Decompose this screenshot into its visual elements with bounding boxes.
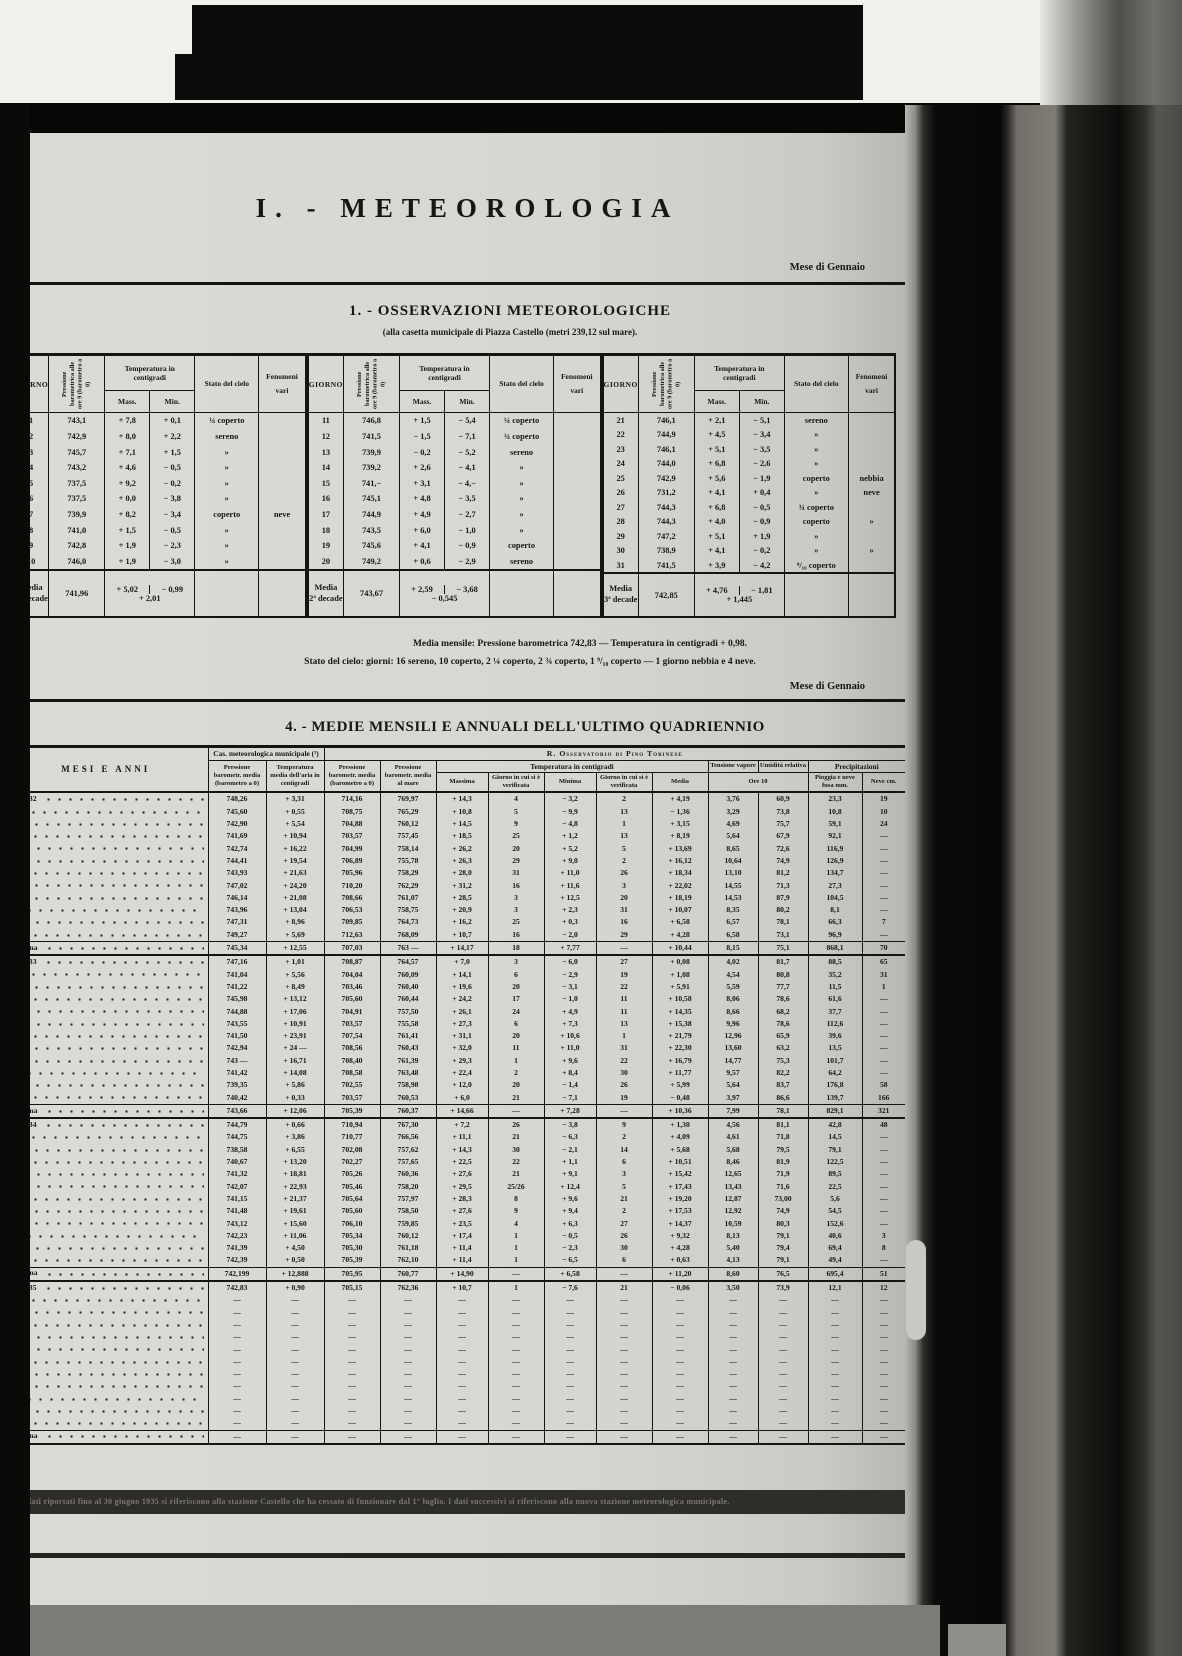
value-cell: — [324,1307,380,1319]
month-cell-inner: Novembre [4,1243,208,1254]
month-cell: Agosto [3,1205,208,1217]
min-cell: − 2,9 [445,553,490,570]
value-cell: 75,1 [758,942,808,956]
value-cell: 31 [862,969,906,981]
month-row: Ottobre743,96+ 13,04706,53758,75+ 20,93+… [3,904,906,916]
value-cell: — [436,1344,488,1356]
value-cell: — [862,1254,906,1267]
media-temp-extremes: + 4,76− 1,81 [695,586,784,595]
phenomena-cell [259,538,306,554]
day-row: 17744,9+ 4,9− 2,7» [308,507,601,523]
pressure-cell: 743,2 [49,460,105,476]
media-label-line2: 3ª decade [604,595,638,606]
value-cell: 705,60 [324,1205,380,1217]
giorno-header: GIORNO [308,355,344,413]
day-cell: 17 [308,507,344,523]
value-cell: 708,87 [324,955,380,968]
mass-header: Mass. [694,391,739,413]
sky-cell: » [490,507,554,523]
value-cell: 75,7 [758,818,808,830]
document-page: I. - METEOROLOGIA rda 1 Mese di Gennaio … [30,133,905,1605]
value-cell: — [708,1417,758,1430]
value-cell: + 5,86 [266,1079,324,1091]
value-cell: 743,96 [208,904,266,916]
value-cell: 745,34 [208,942,266,956]
value-cell: — [266,1294,324,1306]
value-cell: − 2,1 [544,1144,596,1156]
max-cell: + 1,9 [105,553,150,570]
dot-leader [43,1122,204,1129]
footnote-bar: (¹) I dati riportati fino al 30 giugno 1… [0,1490,905,1514]
value-cell: 116,9 [808,843,862,855]
dot-leader [22,1008,203,1015]
value-cell: + 1,1 [544,1156,596,1168]
value-cell: — [862,1042,906,1054]
phenomena-cell [848,428,895,442]
value-cell: 757,97 [380,1193,436,1205]
value-cell: — [862,1294,906,1306]
value-cell: + 29,5 [436,1181,488,1193]
value-cell: 16 [596,916,652,928]
value-cell: 4,69 [708,818,758,830]
value-cell: + 32,0 [436,1042,488,1054]
value-cell: 704,91 [324,1006,380,1018]
dot-leader [28,971,204,978]
value-cell: 758,98 [380,1079,436,1091]
value-cell: 80,8 [758,969,808,981]
month-cell: Gennaio 1934 [3,1118,208,1131]
value-cell: + 9,1 [544,1168,596,1180]
value-cell: 1 [488,1230,544,1242]
value-cell: 1 [488,1281,544,1294]
value-cell: 4 [488,1218,544,1230]
media-max: + 4,76 [695,586,739,595]
value-cell: — [324,1405,380,1417]
month-row: Novembre739,35+ 5,86702,55758,98+ 12,020… [3,1079,906,1091]
fenomeni-header: Fenomeni vari [554,355,601,413]
value-cell: — [544,1294,596,1306]
scan-artifact-notch [148,5,192,54]
value-cell: 2 [596,1131,652,1143]
max-cell: + 4,0 [694,514,739,528]
value-cell: — [808,1356,862,1368]
value-cell: — [266,1319,324,1331]
dot-leader [44,1270,204,1277]
day-row: 4743,2+ 4,6− 0,5» [13,460,306,476]
value-cell: — [208,1380,266,1392]
dot-leader [30,1257,204,1264]
value-cell: — [708,1319,758,1331]
day-row: 9742,8+ 1,9− 2,3» [13,538,306,554]
month-cell-inner: Marzo [4,982,208,993]
value-cell: — [708,1294,758,1306]
pressure-cell: 744,9 [344,507,400,523]
header-row: GIORNOPressione barometrica alle ore 9 (… [308,355,601,391]
media-label-line1: Media [309,583,343,594]
sky-cell: » [490,460,554,476]
month-cell-inner: Novembre [4,1406,208,1417]
month-cell: Gennaio 1932 [3,792,208,805]
day-cell: 16 [308,491,344,507]
month-cell: Maggio [3,843,208,855]
dot-leader [28,808,204,815]
dot-leader [19,870,203,877]
value-cell: + 8,96 [266,916,324,928]
month-cell-inner: Ottobre [4,1393,208,1404]
month-row: Aprile————————————— [3,1319,906,1331]
month-cell-inner: Giugno [4,1181,208,1192]
value-cell: — [652,1307,708,1319]
pressure-cell: 744,0 [638,456,694,470]
value-cell: — [596,1417,652,1430]
day-cell: 21 [603,413,639,428]
dot-leader [19,833,204,840]
value-cell: 26 [488,1118,544,1131]
value-cell: 4,61 [708,1131,758,1143]
pressure-cell: 739,9 [344,444,400,460]
value-cell: — [862,1156,906,1168]
value-cell: 761,18 [380,1242,436,1254]
value-cell: 763 — [380,942,436,956]
value-cell: — [596,1393,652,1405]
month-row: Aprile740,67+ 13,20702,27757,65+ 22,522+… [3,1156,906,1168]
value-cell: 12,65 [708,1168,758,1180]
phenomena-cell [554,475,601,491]
value-cell: 25/26 [488,1181,544,1193]
value-cell: 8 [862,1242,906,1254]
pressure-cell: 742,9 [638,471,694,485]
month-row: Febbraio745,60+ 0,55708,75765,29+ 10,85−… [3,806,906,818]
phenomena-cell [259,491,306,507]
value-cell: — [488,1368,544,1380]
value-cell: 3 [596,880,652,892]
month-cell-inner: Marzo [4,1307,208,1318]
min-cell: − 0,5 [150,522,195,538]
month-row: Settembre743 —+ 16,71708,40761,39+ 29,31… [3,1055,906,1067]
max-cell: + 7,8 [105,413,150,429]
value-cell: 122,5 [808,1156,862,1168]
value-cell: 89,5 [808,1168,862,1180]
month-cell-inner: Gennaio 1935 [4,1283,208,1294]
pressione-header: Pressione barometrica alle ore 9 (barome… [638,355,694,413]
value-cell: — [596,1104,652,1118]
value-cell: 14,55 [708,880,758,892]
month-row: Giugno742,07+ 22,93705,46758,20+ 29,525/… [3,1181,906,1193]
day-cell: 24 [603,456,639,470]
value-cell: + 6,0 [436,1092,488,1105]
month-label-top: Mese di Gennaio [790,262,865,273]
table1-title: 1. - OSSERVAZIONI METEOROLOGICHE [120,303,900,320]
value-cell: 12,1 [808,1281,862,1294]
value-cell: 104,5 [808,892,862,904]
month-cell: 1935 e somma [3,1430,208,1444]
value-cell: — [324,1344,380,1356]
month-cell-inner: Dicembre [4,1092,208,1103]
value-cell: + 22,93 [266,1181,324,1193]
dot-leader [19,1358,203,1365]
mass-header: Mass. [400,391,445,413]
dot-leader [32,1408,204,1415]
value-cell: — [758,1331,808,1343]
value-cell: 743 — [208,1055,266,1067]
month-cell-inner: 1932 e somma [4,943,208,954]
value-cell: 703,57 [324,1092,380,1105]
value-cell: + 9,6 [544,1193,596,1205]
value-cell: 82,2 [758,1067,808,1079]
value-cell: 8,65 [708,843,758,855]
month-cell-inner: Agosto [4,1369,208,1380]
value-cell: 22 [596,1055,652,1067]
value-cell: 741,15 [208,1193,266,1205]
value-cell: + 12,4 [544,1181,596,1193]
value-cell: 72,6 [758,843,808,855]
month-cell-inner: Aprile [4,1320,208,1331]
value-cell: 3,97 [708,1092,758,1105]
month-row: Aprile745,98+ 13,12705,60760,44+ 24,217−… [3,993,906,1005]
day-row: 11746,8+ 1,5− 5,4¼ coperto [308,413,601,429]
value-cell: — [544,1393,596,1405]
month-row: Febbraio————————————— [3,1294,906,1306]
month-cell: Ottobre [3,1067,208,1079]
value-cell: 20 [596,892,652,904]
media-mean: + 1,445 [695,595,784,604]
value-cell: 708,75 [324,806,380,818]
day-row: 23746,1+ 5,1− 3,5» [603,442,896,456]
month-cell: Febbraio [3,1294,208,1306]
value-cell: — [380,1356,436,1368]
day-row: 13739,9− 0,2− 5,2sereno [308,444,601,460]
value-cell: 746,14 [208,892,266,904]
dot-leader [24,1070,204,1077]
value-cell: + 0,33 [266,1092,324,1105]
corner-highlight [948,1624,1006,1656]
sky-cell: coperto [784,471,848,485]
value-cell: — [862,1144,906,1156]
min-cell: − 0,5 [150,460,195,476]
max-cell: + 2,1 [694,413,739,428]
value-cell: + 28,0 [436,867,488,879]
value-cell: — [544,1417,596,1430]
day-row: 22744,9+ 4,5− 3,4» [603,428,896,442]
value-cell: + 11,0 [544,867,596,879]
min-cell: − 4,1 [445,460,490,476]
max-cell: + 5,1 [694,442,739,456]
dot-leader [28,1297,204,1304]
value-cell: — [596,1267,652,1281]
value-cell: + 14,1 [436,969,488,981]
month-cell: Ottobre [3,904,208,916]
value-cell: + 8,19 [652,830,708,842]
dot-leader [19,1033,203,1040]
value-cell: 702,27 [324,1156,380,1168]
value-cell: − 2,3 [544,1242,596,1254]
pressure-cell: 746,1 [638,442,694,456]
phenomena-cell: nebbia [848,471,895,485]
value-cell: 758,75 [380,904,436,916]
value-cell: — [708,1393,758,1405]
scan-left-edge [0,103,30,1656]
observations-body: 21746,1+ 2,1− 5,1sereno22744,9+ 4,5− 3,4… [603,413,896,618]
month-cell-inner: Agosto [4,1206,208,1217]
value-cell: 742,90 [208,818,266,830]
value-cell: 25 [488,830,544,842]
value-cell: 9,57 [708,1067,758,1079]
value-cell: 760,36 [380,1168,436,1180]
value-cell: + 31,1 [436,1030,488,1042]
value-cell: — [208,1430,266,1444]
day-cell: 22 [603,428,639,442]
month-cell: Maggio [3,1168,208,1180]
media-max: + 2,59 [400,585,444,594]
pressure-cell: 739,9 [49,507,105,523]
value-cell: + 19,54 [266,855,324,867]
value-cell: 4,54 [708,969,758,981]
value-cell: — [862,830,906,842]
value-cell: + 5,69 [266,929,324,942]
media-mean: + 2,01 [105,594,194,603]
value-cell: 1 [596,1030,652,1042]
dot-leader [30,931,204,938]
value-cell: — [488,1331,544,1343]
tensione-header: Tensione vapore [708,760,758,772]
value-cell: — [596,942,652,956]
empty-cell [784,573,848,617]
giorno-header: GIORNO [603,355,639,413]
value-cell: — [488,1380,544,1392]
value-cell: 9 [488,1205,544,1217]
value-cell: — [324,1430,380,1444]
dot-leader [31,1383,203,1390]
value-cell: + 23,5 [436,1218,488,1230]
month-row: Ottobre741,42+ 14,08708,58763,48+ 22,42+… [3,1067,906,1079]
value-cell: 705,60 [324,993,380,1005]
value-cell: 761,41 [380,1030,436,1042]
value-cell: 81,2 [758,867,808,879]
value-cell: — [488,1104,544,1118]
value-cell: 695,4 [808,1267,862,1281]
observations-group: GIORNOPressione barometrica alle ore 9 (… [12,353,307,618]
pressure-cell: 749,2 [344,553,400,570]
value-cell: 768,09 [380,929,436,942]
value-cell: 741,32 [208,1168,266,1180]
value-cell: — [708,1380,758,1392]
value-cell: + 14,37 [652,1218,708,1230]
value-cell: 758,14 [380,843,436,855]
month-row: Dicembre742,39+ 0,50705,39762,10+ 11,41−… [3,1254,906,1267]
phenomena-cell [554,522,601,538]
value-cell: 9 [488,818,544,830]
month-row: Ottobre————————————— [3,1393,906,1405]
max-cell: + 1,9 [105,538,150,554]
max-cell: + 4,5 [694,428,739,442]
value-cell: — [758,1344,808,1356]
month-cell-inner: Marzo [4,1144,208,1155]
value-cell: 742,07 [208,1181,266,1193]
value-cell: 755,78 [380,855,436,867]
value-cell: 24 [488,1006,544,1018]
value-cell: 61,6 [808,993,862,1005]
observations-body: 11746,8+ 1,5− 5,4¼ coperto12741,5− 1,5− … [308,413,601,618]
value-cell: 8 [488,1193,544,1205]
phenomena-cell: » [848,514,895,528]
day-cell: 23 [603,442,639,456]
header-row: GIORNOPressione barometrica alle ore 9 (… [603,355,896,391]
phenomena-cell [554,538,601,554]
value-cell: — [758,1319,808,1331]
pressure-cell: 737,5 [49,475,105,491]
min-cell: − 2,6 [739,456,784,470]
value-cell: 741,42 [208,1067,266,1079]
value-cell: — [488,1417,544,1430]
media-label: Media3ª decade [603,573,639,617]
value-cell: 6 [596,1156,652,1168]
min-header: Min. [445,391,490,413]
value-cell: + 5,68 [652,1144,708,1156]
pressure-cell: 744,3 [638,514,694,528]
value-cell: 81,7 [758,955,808,968]
value-cell: — [208,1393,266,1405]
day-cell: 30 [603,543,639,557]
value-cell: 705,96 [324,867,380,879]
value-cell: — [208,1417,266,1430]
value-cell: — [266,1405,324,1417]
value-cell: + 4,50 [266,1242,324,1254]
value-cell: 13,10 [708,867,758,879]
value-cell: — [652,1368,708,1380]
value-cell: 65 [862,955,906,968]
value-cell: 12,87 [708,1193,758,1205]
value-cell: — [808,1380,862,1392]
value-cell: — [324,1380,380,1392]
value-cell: — [808,1417,862,1430]
sky-cell: » [195,444,259,460]
value-cell: − 1,4 [544,1079,596,1091]
value-cell: 710,94 [324,1118,380,1131]
min-cell: − 5,2 [445,444,490,460]
day-row: 28744,3+ 4,0− 0,9coperto» [603,514,896,528]
month-cell: 1934 e somma [3,1267,208,1281]
value-cell: 10,64 [708,855,758,867]
media-header: Media [652,772,708,792]
month-row: Luglio741,50+ 23,91707,54761,41+ 31,120+… [3,1030,906,1042]
value-cell: 8,13 [708,1230,758,1242]
value-cell: + 9,32 [652,1230,708,1242]
value-cell: + 14,17 [436,942,488,956]
dot-leader [32,919,204,926]
month-cell-inner: Luglio [4,1031,208,1042]
value-cell: — [596,1319,652,1331]
phenomena-cell: neve [848,485,895,499]
value-cell: — [862,1319,906,1331]
phenomena-cell [848,558,895,574]
value-cell: 75,3 [758,1055,808,1067]
value-cell: + 21,63 [266,867,324,879]
day-row: 21746,1+ 2,1− 5,1sereno [603,413,896,428]
phenomena-cell [848,529,895,543]
value-cell: 42,8 [808,1118,862,1131]
value-cell: − 4,8 [544,818,596,830]
value-cell: 702,08 [324,1144,380,1156]
value-cell: + 7,77 [544,942,596,956]
value-cell: — [862,1393,906,1405]
value-cell: — [862,1430,906,1444]
value-cell: 71,3 [758,880,808,892]
value-cell: 13 [596,830,652,842]
value-cell: 92,1 [808,830,862,842]
value-cell: + 20,9 [436,904,488,916]
value-cell: + 21,79 [652,1030,708,1042]
value-cell: — [808,1307,862,1319]
